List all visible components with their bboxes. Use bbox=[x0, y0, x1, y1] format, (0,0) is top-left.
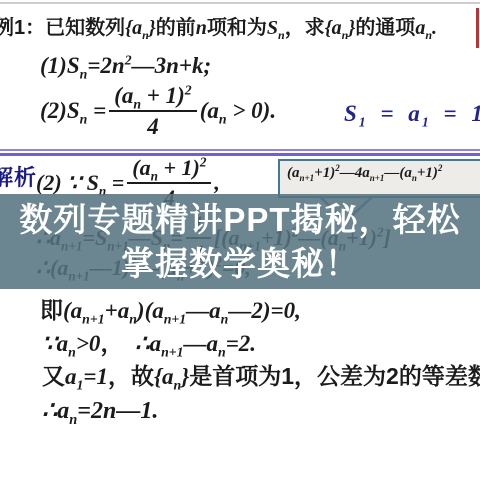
callout-formula-box: (an+1+1)2—4an+1—(an+1)2 bbox=[278, 159, 480, 198]
text-run: 例1：已知数列 bbox=[0, 17, 125, 39]
text-run: ， bbox=[100, 330, 135, 356]
text-run: 是首项为1，公差为2的等差数列 bbox=[189, 363, 480, 389]
math-run: ∴an+1—an=2. bbox=[135, 331, 256, 356]
formula-part2-condition: (an > 0). bbox=[200, 97, 276, 125]
slide-stage: 例1：已知数列{an}的前n项和为Sn，求{an}的通项an. (1)Sn=2n… bbox=[0, 0, 480, 480]
red-edge-mark bbox=[476, 8, 479, 48]
text-run: ，求 bbox=[285, 17, 325, 39]
math-run: {an} bbox=[325, 17, 356, 39]
solution-step-sn-comma: , bbox=[214, 170, 220, 196]
solution-step-arithmetic: 又a1=1，故{an}是首项为1，公差为2的等差数列 bbox=[42, 363, 480, 391]
math-run: {an} bbox=[125, 17, 156, 39]
math-run: (an+1+an)(an+1—an—2)=0, bbox=[63, 298, 301, 323]
formula-part2-prefix: (2)Sn = bbox=[40, 97, 106, 125]
fraction-numerator: (an + 1)2 bbox=[109, 84, 197, 112]
text-run: 又 bbox=[42, 363, 65, 389]
solution-step-positive: ∵an>0， ∴an+1—an=2. bbox=[42, 330, 256, 358]
math-run: n bbox=[196, 17, 207, 39]
math-run: an. bbox=[415, 17, 437, 39]
fraction: (an + 1)2 4 bbox=[109, 84, 197, 138]
solution-step-sn-prefix: (2) ∵ Sn = bbox=[36, 170, 124, 196]
formula-s1-value: S1 = a1 = 1 bbox=[344, 100, 480, 128]
math-run: Sn bbox=[267, 17, 285, 39]
text-run: 的通项 bbox=[355, 17, 415, 39]
banner-line-2: 掌握数学奥秘！ bbox=[121, 242, 359, 286]
text-run: 即 bbox=[40, 297, 63, 323]
formula-part1: (1)Sn=2n2—3n+k; bbox=[40, 52, 211, 80]
text-run: 项和为 bbox=[207, 17, 267, 39]
math-run: {an} bbox=[154, 364, 189, 389]
problem-title: 例1：已知数列{an}的前n项和为Sn，求{an}的通项an. bbox=[0, 16, 437, 40]
top-border-line bbox=[0, 2, 480, 4]
text-run: ，故 bbox=[108, 363, 154, 389]
text-run: 的前 bbox=[156, 17, 196, 39]
math-run: ∵an>0 bbox=[42, 331, 100, 356]
formula-part2: (2)Sn = (an + 1)2 4 (an > 0). bbox=[40, 84, 276, 138]
section-divider bbox=[0, 149, 480, 157]
solution-final-answer: ∴an=2n—1. bbox=[42, 397, 158, 426]
solution-step-factored: 即(an+1+an)(an+1—an—2)=0, bbox=[40, 297, 301, 325]
fraction-denominator: 4 bbox=[147, 112, 159, 138]
analysis-label: 解析 bbox=[0, 165, 37, 191]
math-run: a1=1 bbox=[65, 364, 108, 389]
fraction-numerator: (an + 1)2 bbox=[127, 157, 211, 184]
banner-line-1: 数列专题精讲PPT揭秘，轻松 bbox=[19, 198, 460, 242]
promo-banner: 数列专题精讲PPT揭秘，轻松 掌握数学奥秘！ bbox=[0, 194, 480, 289]
